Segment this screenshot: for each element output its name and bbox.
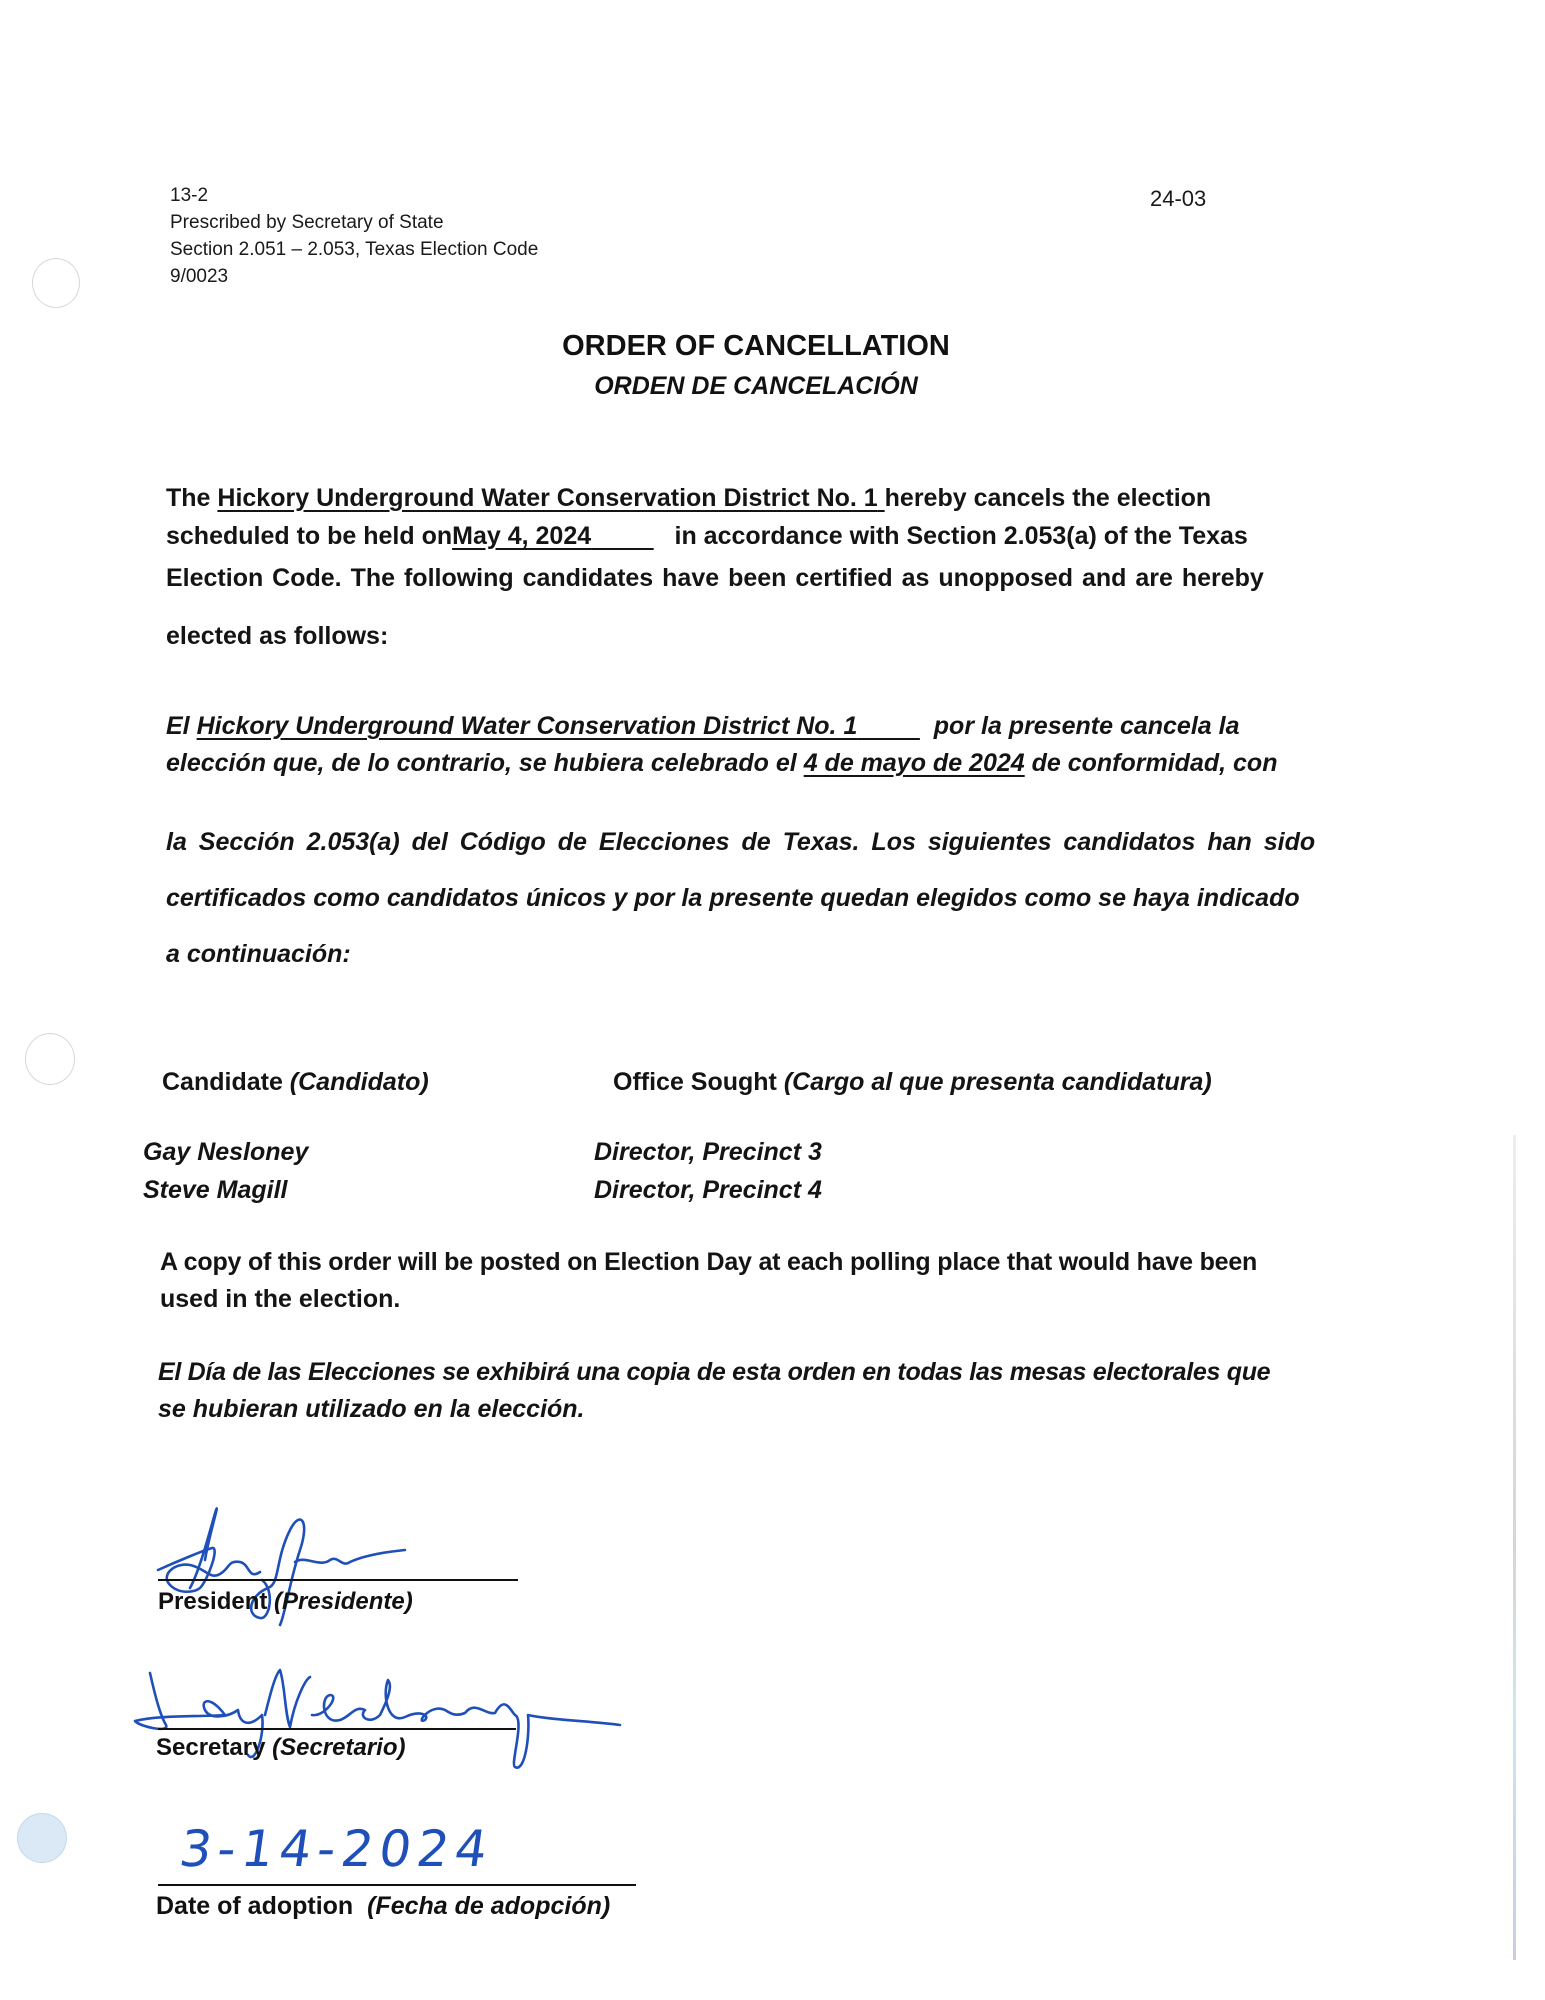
- column-header-office: Office Sought (Cargo al que presenta can…: [613, 1068, 1212, 1097]
- page-edge-line: [1513, 1135, 1516, 1960]
- candidate-name: Gay Nesloney: [143, 1138, 308, 1167]
- column-header-candidate: Candidate (Candidato): [162, 1068, 429, 1097]
- president-label: President (Presidente): [158, 1588, 413, 1616]
- form-meta: 13-2 Prescribed by Secretary of State Se…: [170, 182, 538, 290]
- punch-hole-middle: [25, 1033, 75, 1085]
- form-number: 24-03: [1150, 186, 1206, 212]
- election-date: May 4, 2024: [452, 522, 654, 550]
- document-subtitle: ORDEN DE CANCELACIÓN: [0, 372, 1512, 401]
- office-sought: Director, Precinct 4: [594, 1176, 822, 1205]
- date-line: [158, 1884, 636, 1886]
- prescribed-by: Prescribed by Secretary of State: [170, 209, 538, 236]
- code-section: Section 2.051 – 2.053, Texas Election Co…: [170, 236, 538, 263]
- punch-hole-bottom: [17, 1813, 67, 1863]
- date-label: Date of adoption (Fecha de adopción): [156, 1892, 610, 1921]
- punch-hole-top: [32, 258, 80, 308]
- district-name-es: Hickory Underground Water Conservation D…: [197, 712, 920, 740]
- adoption-date-handwritten: 3-14-2024: [176, 1820, 497, 1878]
- election-date-es: 4 de mayo de 2024: [804, 749, 1025, 777]
- document-title: ORDER OF CANCELLATION: [0, 330, 1512, 363]
- candidate-name: Steve Magill: [143, 1176, 288, 1205]
- secretary-label: Secretary (Secretario): [156, 1734, 405, 1762]
- secretary-signature-line: [158, 1728, 516, 1730]
- office-sought: Director, Precinct 3: [594, 1138, 822, 1167]
- form-revision: 9/0023: [170, 263, 538, 290]
- form-code: 13-2: [170, 182, 538, 209]
- district-name: Hickory Underground Water Conservation D…: [217, 484, 877, 512]
- president-signature-line: [158, 1579, 518, 1581]
